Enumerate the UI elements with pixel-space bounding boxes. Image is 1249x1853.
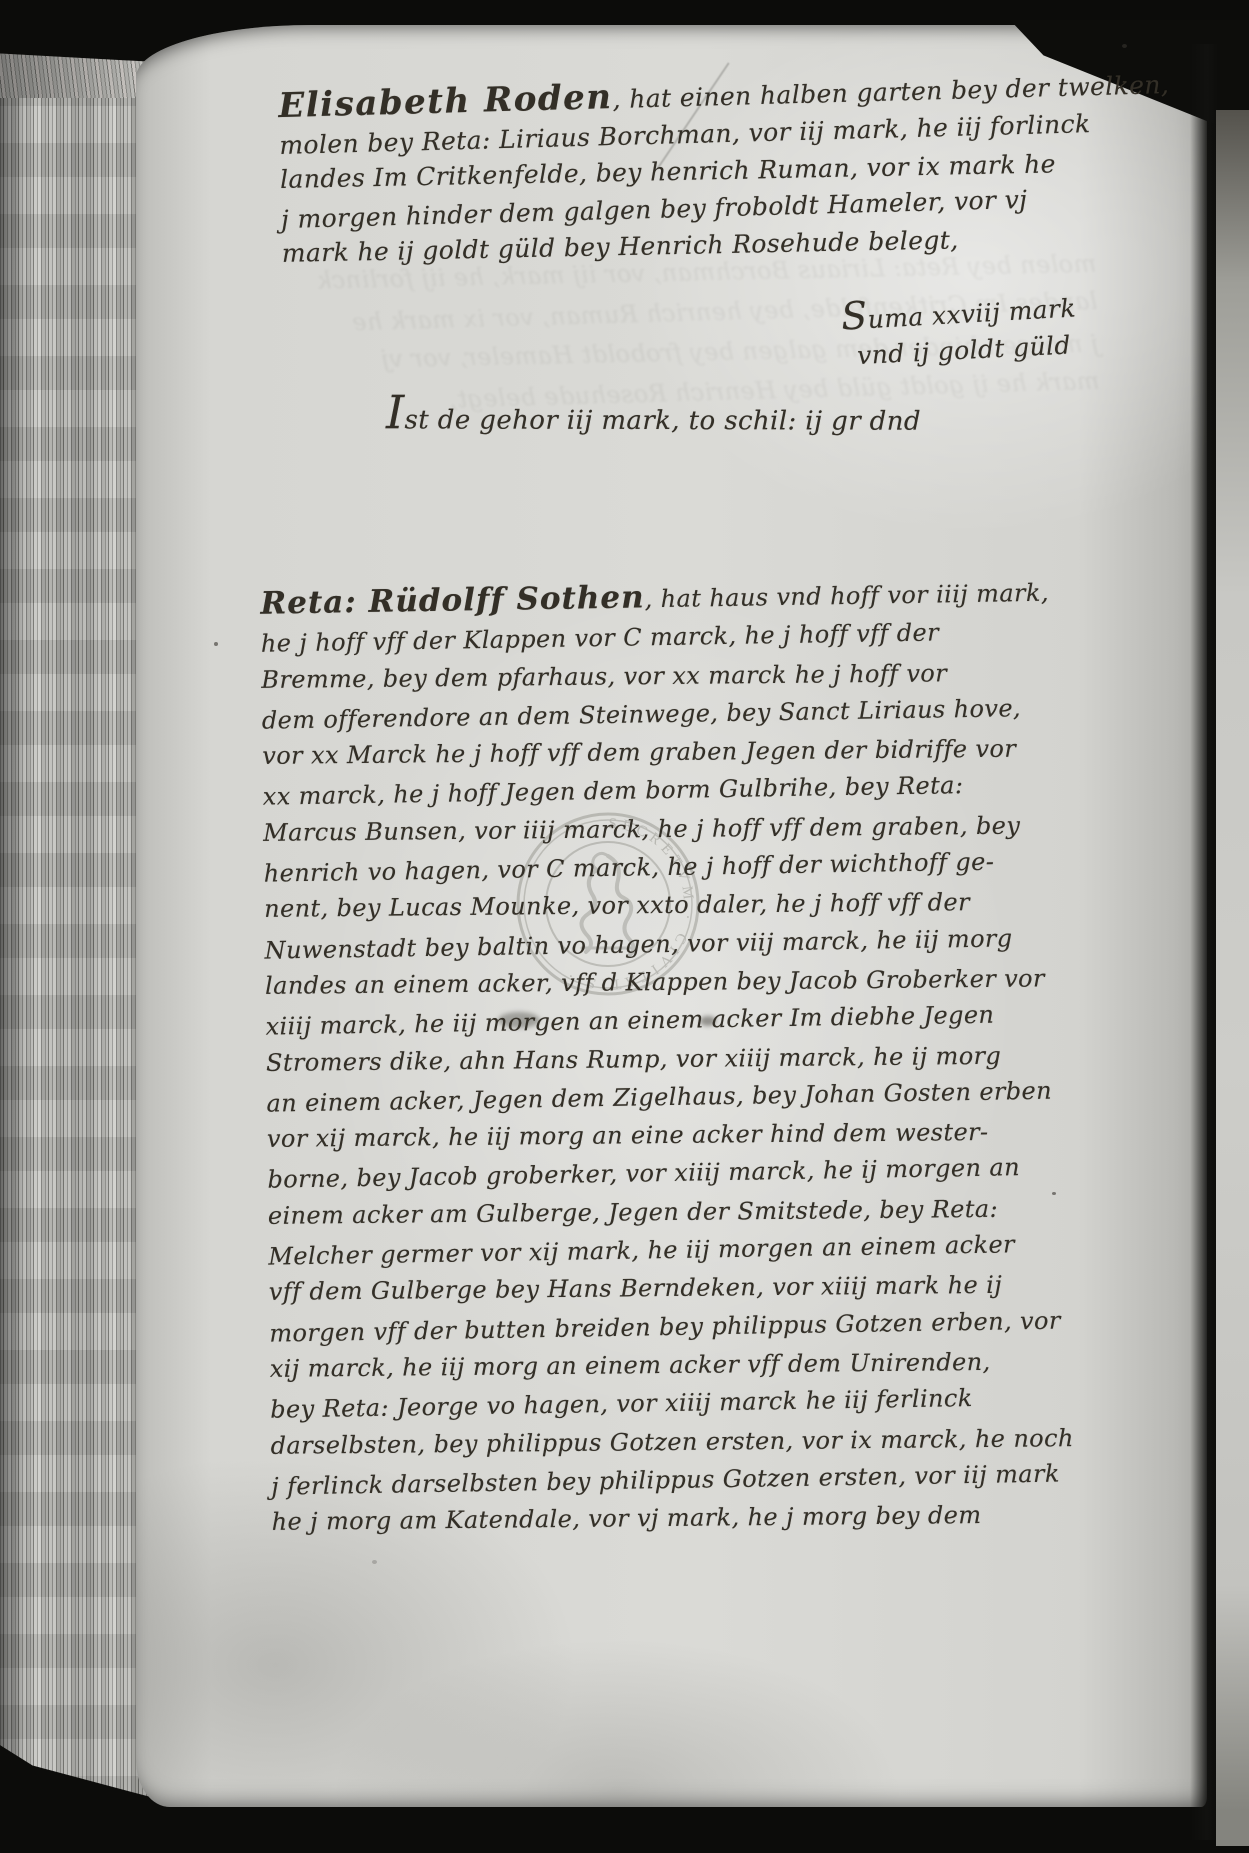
entry-body: he j hoff vff der Klappen vor C marck, h…	[261, 613, 1075, 1542]
summa-note: Suma xxviij mark vnd ij goldt güld	[840, 286, 1079, 375]
entry-heading: Reta: Rüdolff Sothen	[260, 579, 645, 621]
entry-elisabeth-roden: Elisabeth Roden, hat einen halben garten…	[278, 66, 1173, 273]
book-gutter-shadow	[1190, 44, 1218, 1840]
manuscript-photo: molen bey Reta: Liriaus Borchman, vor ii…	[0, 0, 1249, 1853]
fee-note: Ist de gehor iij mark, to schil: ij gr d…	[386, 385, 921, 440]
facing-page-edge	[1216, 110, 1249, 1846]
book-fore-edge	[0, 98, 148, 1810]
paper-speck	[372, 1560, 377, 1564]
entry-body: molen bey Reta: Liriaus Borchman, vor ii…	[279, 105, 1173, 273]
entry-rudolff-sothen: Reta: Rüdolff Sothen, hat haus vnd hoff …	[260, 573, 1075, 1542]
paper-speck	[1122, 44, 1127, 48]
paper-speck	[214, 642, 218, 646]
handwritten-line: he j morg am Katendale, vor vj mark, he …	[271, 1495, 1074, 1541]
handwritten-text: , hat haus vnd hoff vor iiij mark,	[644, 579, 1049, 614]
